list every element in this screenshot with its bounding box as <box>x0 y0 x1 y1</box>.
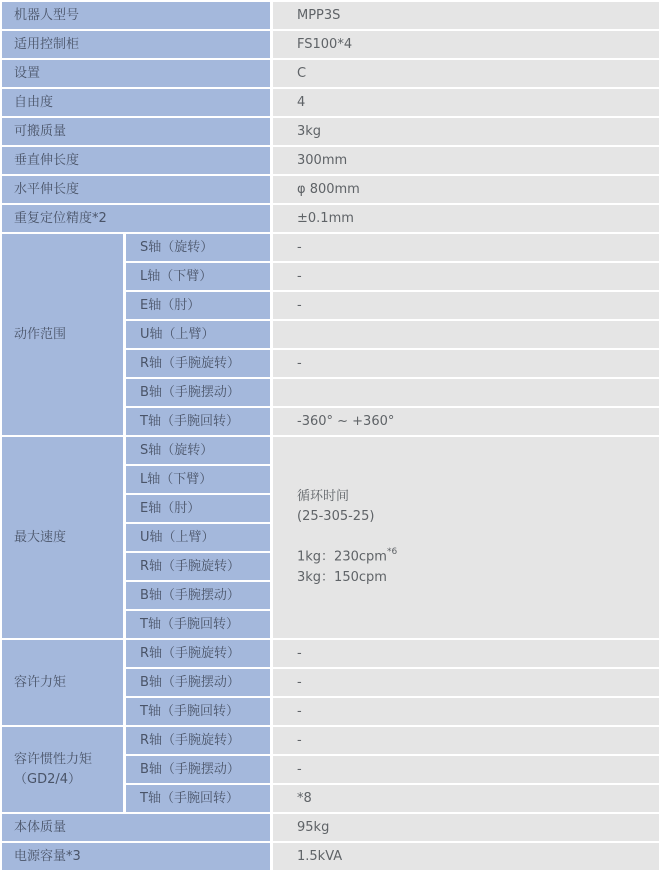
row-label: 垂直伸长度 <box>2 147 270 174</box>
spec-row-robot-model: 机器人型号 MPP3S <box>2 2 659 29</box>
axis-value: - <box>273 698 659 725</box>
axis-row: T轴（手腕回转） - <box>126 698 659 725</box>
row-value: FS100*4 <box>273 31 659 58</box>
axis-row: R轴（手腕旋转） - <box>126 727 659 754</box>
row-value: ±0.1mm <box>273 205 659 232</box>
axis-label: R轴（手腕旋转） <box>126 640 270 667</box>
axis-label: L轴（下臂） <box>126 263 270 290</box>
spacer <box>297 527 659 543</box>
row-value: 3kg <box>273 118 659 145</box>
group-label: 动作范围 <box>2 234 123 435</box>
group-label-line2: （GD2/4） <box>14 770 123 790</box>
axis-label: T轴（手腕回转） <box>126 611 270 638</box>
axis-row: B轴（手腕摆动） - <box>126 756 659 783</box>
axis-label: L轴（下臂） <box>126 466 270 493</box>
axis-row: B轴（手腕摆动） - <box>126 669 659 696</box>
axis-label: T轴（手腕回转） <box>126 698 270 725</box>
group-label: 容许惯性力矩 （GD2/4） <box>2 727 123 812</box>
axis-label: B轴（手腕摆动） <box>126 379 270 406</box>
axis-row: B轴（手腕摆动） <box>126 379 659 406</box>
spec-row-body-mass: 本体质量 95kg <box>2 814 659 841</box>
row-value: MPP3S <box>273 2 659 29</box>
row-label: 水平伸长度 <box>2 176 270 203</box>
axis-row: T轴（手腕回转） -360° ~ +360° <box>126 408 659 435</box>
row-value: 1.5kVA <box>273 843 659 870</box>
row-label: 本体质量 <box>2 814 270 841</box>
axis-label: R轴（手腕旋转） <box>126 350 270 377</box>
spec-row-installation: 设置 C <box>2 60 659 87</box>
group-axes: S轴（旋转） L轴（下臂） E轴（肘） U轴（上臂） R轴（手腕旋转） B轴（手… <box>126 437 270 638</box>
row-label: 适用控制柜 <box>2 31 270 58</box>
axis-label: U轴（上臂） <box>126 321 270 348</box>
axis-value: *8 <box>273 785 659 812</box>
row-label: 可搬质量 <box>2 118 270 145</box>
axis-value <box>273 379 659 406</box>
group-body: R轴（手腕旋转） - B轴（手腕摆动） - T轴（手腕回转） - <box>126 640 659 725</box>
speed-3kg-line: 3kg：150cpm <box>297 568 659 588</box>
axis-label: R轴（手腕旋转） <box>126 727 270 754</box>
group-allowable-inertia: 容许惯性力矩 （GD2/4） R轴（手腕旋转） - B轴（手腕摆动） - T轴（… <box>2 727 659 812</box>
spec-row-dof: 自由度 4 <box>2 89 659 116</box>
row-value: 4 <box>273 89 659 116</box>
row-value: 300mm <box>273 147 659 174</box>
row-label: 电源容量*3 <box>2 843 270 870</box>
group-max-speed: 最大速度 S轴（旋转） L轴（下臂） E轴（肘） U轴（上臂） R轴（手腕旋转）… <box>2 437 659 638</box>
row-value: C <box>273 60 659 87</box>
group-allowable-torque: 容许力矩 R轴（手腕旋转） - B轴（手腕摆动） - T轴（手腕回转） - <box>2 640 659 725</box>
axis-label: T轴（手腕回转） <box>126 785 270 812</box>
axis-row: S轴（旋转） - <box>126 234 659 261</box>
spec-row-controller: 适用控制柜 FS100*4 <box>2 31 659 58</box>
axis-value: - <box>273 756 659 783</box>
group-label: 容许力矩 <box>2 640 123 725</box>
axis-value: - <box>273 727 659 754</box>
speed-1kg-footnote: *6 <box>387 547 397 557</box>
axis-row: T轴（手腕回转） *8 <box>126 785 659 812</box>
axis-row: E轴（肘） - <box>126 292 659 319</box>
axis-row: R轴（手腕旋转） - <box>126 350 659 377</box>
axis-value: - <box>273 669 659 696</box>
group-body: S轴（旋转） - L轴（下臂） - E轴（肘） - U轴（上臂） R轴（手腕旋转… <box>126 234 659 435</box>
axis-value: - <box>273 292 659 319</box>
axis-value: - <box>273 350 659 377</box>
axis-label: B轴（手腕摆动） <box>126 669 270 696</box>
spec-row-repeatability: 重复定位精度*2 ±0.1mm <box>2 205 659 232</box>
group-label-text: 动作范围 <box>14 325 123 345</box>
axis-label: B轴（手腕摆动） <box>126 756 270 783</box>
axis-value <box>273 321 659 348</box>
axis-row: R轴（手腕旋转） - <box>126 640 659 667</box>
axis-label: S轴（旋转） <box>126 234 270 261</box>
group-label: 最大速度 <box>2 437 123 638</box>
group-label-text: 最大速度 <box>14 528 123 548</box>
spec-row-power-capacity: 电源容量*3 1.5kVA <box>2 843 659 870</box>
axis-label: U轴（上臂） <box>126 524 270 551</box>
row-label: 重复定位精度*2 <box>2 205 270 232</box>
axis-value: - <box>273 640 659 667</box>
cycle-time-pattern: (25-305-25) <box>297 507 659 527</box>
axis-value: - <box>273 234 659 261</box>
cycle-time-title: 循环时间 <box>297 487 659 507</box>
axis-label: T轴（手腕回转） <box>126 408 270 435</box>
row-value: 95kg <box>273 814 659 841</box>
spec-row-payload: 可搬质量 3kg <box>2 118 659 145</box>
spec-table: 机器人型号 MPP3S 适用控制柜 FS100*4 设置 C 自由度 4 可搬质… <box>0 2 659 870</box>
spec-row-vertical-reach: 垂直伸长度 300mm <box>2 147 659 174</box>
group-label-line1: 容许惯性力矩 <box>14 750 123 770</box>
axis-value: -360° ~ +360° <box>273 408 659 435</box>
axis-row: U轴（上臂） <box>126 321 659 348</box>
axis-row: L轴（下臂） - <box>126 263 659 290</box>
group-motion-range: 动作范围 S轴（旋转） - L轴（下臂） - E轴（肘） - U轴（上臂） R轴… <box>2 234 659 435</box>
axis-label: B轴（手腕摆动） <box>126 582 270 609</box>
group-body: R轴（手腕旋转） - B轴（手腕摆动） - T轴（手腕回转） *8 <box>126 727 659 812</box>
merged-value-cell: 循环时间 (25-305-25) 1kg：230cpm*6 3kg：150cpm <box>273 437 659 638</box>
axis-label: E轴（肘） <box>126 495 270 522</box>
speed-1kg-text: 1kg：230cpm <box>297 550 387 565</box>
axis-label: R轴（手腕旋转） <box>126 553 270 580</box>
axis-label: E轴（肘） <box>126 292 270 319</box>
spec-row-horizontal-reach: 水平伸长度 φ 800mm <box>2 176 659 203</box>
group-label-text: 容许力矩 <box>14 673 123 693</box>
row-value: φ 800mm <box>273 176 659 203</box>
axis-label: S轴（旋转） <box>126 437 270 464</box>
axis-value: - <box>273 263 659 290</box>
row-label: 自由度 <box>2 89 270 116</box>
speed-1kg-line: 1kg：230cpm*6 <box>297 543 659 567</box>
row-label: 机器人型号 <box>2 2 270 29</box>
row-label: 设置 <box>2 60 270 87</box>
